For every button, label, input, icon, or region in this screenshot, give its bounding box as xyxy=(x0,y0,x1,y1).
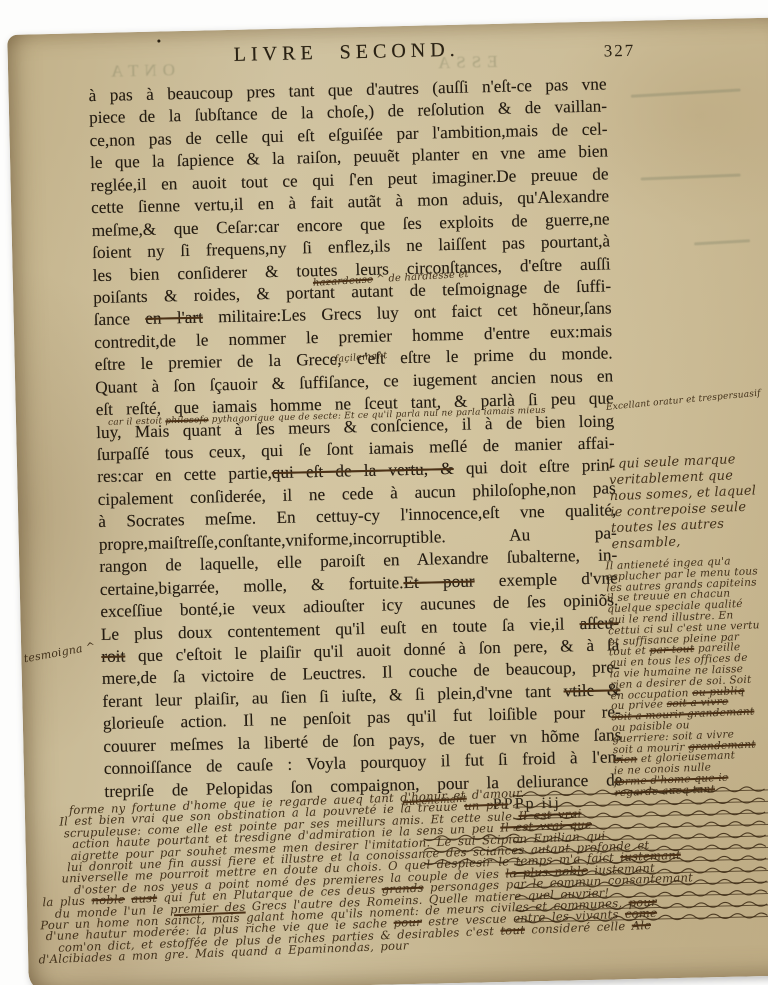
margin-tesmoigna: tesmoigna ^ xyxy=(23,640,97,666)
scribble-scrap-mid xyxy=(423,831,528,875)
margin-annotation-block-2: Il antieneté ingea qu'aesplucher par le … xyxy=(605,553,768,799)
text-segment: tesmoigna ^ xyxy=(23,640,97,666)
struck-text: roit xyxy=(101,646,125,666)
text-segment: exemple d'vne xyxy=(474,568,618,590)
scribble-block-bottom-right xyxy=(512,784,768,935)
pencil-smudge xyxy=(694,239,750,245)
text-segment: car il estoit xyxy=(108,416,166,428)
margin-annotation-block-1: I qui seule marqueveritablement quenous … xyxy=(608,449,768,553)
text-segment: qui doit eſtre prin- xyxy=(453,456,615,479)
struck-text: Et pour xyxy=(403,571,474,592)
pencil-smudge xyxy=(631,88,741,97)
page-number: 327 xyxy=(604,41,636,62)
ink-speck xyxy=(495,86,497,88)
margin-excellant: Excellant oratur et trespersuasif xyxy=(606,389,762,413)
text-segment: ensamble, xyxy=(611,534,680,552)
struck-text: qui eſt de la vertu, & xyxy=(272,459,454,482)
scan-backdrop: ONTA LIVRE SECOND. 327 ESSA à pas à beau… xyxy=(0,0,768,985)
printed-text-block: à pas à beaucoup pres tant que d'autres … xyxy=(88,73,622,803)
text-segment: res:car en cette partie, xyxy=(97,464,272,487)
struck-out-scribbles xyxy=(7,17,768,35)
interlinear-notes: hazardeuse ^ de hardiesse etfaçilemantca… xyxy=(7,17,768,35)
ink-speck xyxy=(157,40,160,43)
text-segment: Excellant oratur et trespersuasif xyxy=(606,389,762,413)
text-segment: toutes les autres xyxy=(611,517,725,537)
text-segment: ſance xyxy=(94,309,146,329)
pencil-smudge xyxy=(641,174,741,181)
running-header: LIVRE SECOND. xyxy=(88,35,606,70)
struck-text: en l'art xyxy=(145,308,203,328)
struck-text: philosofe xyxy=(165,415,208,426)
book-page: ONTA LIVRE SECOND. 327 ESSA à pas à beau… xyxy=(7,17,768,985)
ink-bleedthrough-right: ESSA xyxy=(432,52,498,73)
